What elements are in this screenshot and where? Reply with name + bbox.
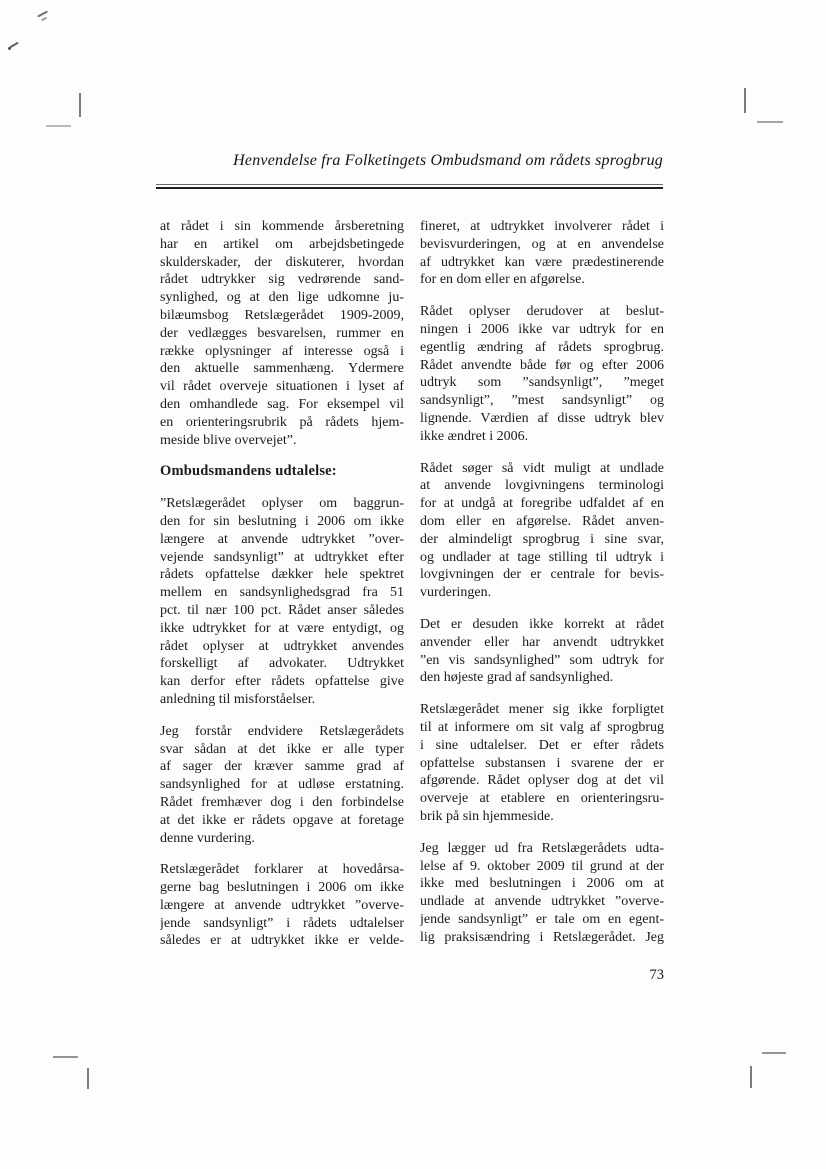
- text-line: rådets opfattelse dækker hele spektret: [160, 566, 404, 584]
- text-line: ikke med beslutningen i 2006 om at: [420, 875, 664, 893]
- crop-mark-bottom-right-vertical: [750, 1066, 752, 1088]
- text-line: Rådet søger så vidt muligt at undlade: [420, 460, 664, 478]
- left-paragraph-3: ”Retslægerådet oplyser om baggrun-den fo…: [160, 495, 404, 709]
- text-line: en orienteringsrubrik på rådets hjem-: [160, 414, 404, 432]
- header-rule: [156, 184, 663, 189]
- text-line: Det er desuden ikke korrekt at rådet: [420, 616, 664, 634]
- right-column: fineret, at udtrykket involverer rådet i…: [420, 218, 664, 960]
- text-line: brik på sin hjemmeside.: [420, 808, 664, 826]
- page-number: 73: [540, 967, 664, 984]
- text-line: Rådet oplyser derudover at beslut-: [420, 303, 664, 321]
- text-line: skulderskader, der diskuterer, hvordan: [160, 254, 404, 272]
- text-line: af sager der kræver samme grad af: [160, 758, 404, 776]
- crop-mark-top-left-vertical: [79, 93, 81, 117]
- text-line: ikke ændret i 2006.: [420, 428, 664, 446]
- header-rule-thin-line: [156, 184, 663, 185]
- text-line: den for sin beslutning i 2006 om ikke: [160, 513, 404, 531]
- header-rule-thick-line: [156, 187, 663, 189]
- text-line: egentlig ændring af rådets sprogbrug.: [420, 339, 664, 357]
- crop-mark-bottom-left-vertical: [87, 1068, 89, 1089]
- text-line: vejende sandsynligt” at udtrykket efter: [160, 549, 404, 567]
- text-line: lignende. Værdien af disse udtryk blev: [420, 410, 664, 428]
- text-line: at anvende lovgivningens terminologi: [420, 477, 664, 495]
- crop-mark-top-left-horizontal: [46, 125, 71, 127]
- text-line: udtryk som ”sandsynligt”, ”meget: [420, 374, 664, 392]
- text-line: fineret, at udtrykket involverer rådet i: [420, 218, 664, 236]
- text-line: der almindeligt sprogbrug i sine svar,: [420, 531, 664, 549]
- text-line: pct. til nær 100 pct. Rådet anser sålede…: [160, 602, 404, 620]
- text-line: svar sådan at det ikke er alle typer: [160, 741, 404, 759]
- text-line: den omhandlede sag. For eksempel vil: [160, 396, 404, 414]
- crop-mark-bottom-right-horizontal: [762, 1052, 786, 1054]
- text-line: lovgivningen der er centrale for bevis-: [420, 566, 664, 584]
- text-line: af udtrykket kan være prædestinerende: [420, 254, 664, 272]
- left-paragraph-1: at rådet i sin kommende årsberetninghar …: [160, 218, 404, 449]
- text-line: for at undgå at foregribe udfaldet af en: [420, 495, 664, 513]
- right-paragraph-6: Jeg lægger ud fra Retslægerådets udta-le…: [420, 840, 664, 947]
- text-line: synlighed, og at den lige udkomne ju-: [160, 289, 404, 307]
- right-paragraph-5: Retslægerådet mener sig ikke forpligtett…: [420, 701, 664, 826]
- text-line: for en dom eller en afgørelse.: [420, 271, 664, 289]
- text-line: ”en vis sandsynlighed” som udtryk for: [420, 652, 664, 670]
- text-line: dom eller en afgørelse. Rådet anven-: [420, 513, 664, 531]
- text-line: jende sandsynligt” er tale om en egent-: [420, 911, 664, 929]
- right-paragraph-1: fineret, at udtrykket involverer rådet i…: [420, 218, 664, 289]
- text-line: kan derfor efter rådets opfattelse give: [160, 673, 404, 691]
- text-line: gerne bag beslutningen i 2006 om ikke: [160, 879, 404, 897]
- text-line: anledning til misforståelser.: [160, 691, 404, 709]
- text-line: Rådet fremhæver dog i den forbindelse: [160, 794, 404, 812]
- text-line: den aktuelle sammenhæng. Ydermere: [160, 360, 404, 378]
- text-line: opfattelse substansen i svarene der er: [420, 755, 664, 773]
- text-line: lig praksisændring i Retslægerådet. Jeg: [420, 929, 664, 947]
- text-line: ningen i 2006 ikke var udtryk for en: [420, 321, 664, 339]
- text-line: Retslægerådet mener sig ikke forpligtet: [420, 701, 664, 719]
- crop-mark-top-right-vertical: [744, 88, 746, 113]
- text-line: der vedlægges besvarelsen, rummer en: [160, 325, 404, 343]
- text-line: har en artikel om arbejdsbetingede: [160, 236, 404, 254]
- text-line: sandsynlighed for at udløse erstatning.: [160, 776, 404, 794]
- running-header: Henvendelse fra Folketingets Ombudsmand …: [156, 152, 663, 170]
- text-line: afgørende. Rådet oplyser dog at det vil: [420, 772, 664, 790]
- text-line: Retslægerådet forklarer at hovedårsa-: [160, 861, 404, 879]
- text-line: forskelligt af advokater. Udtrykket: [160, 655, 404, 673]
- pencil-mark: [8, 47, 11, 50]
- text-line: undlade at anvende udtrykket ”overve-: [420, 893, 664, 911]
- crop-mark-bottom-left-horizontal: [53, 1056, 78, 1058]
- text-line: vurderingen.: [420, 584, 664, 602]
- text-line: i sine udtalelser. Det er efter rådets: [420, 737, 664, 755]
- text-line: bevisvurderingen, og at en anvendelse: [420, 236, 664, 254]
- text-line: Rådet anvendte både før og efter 2006: [420, 357, 664, 375]
- left-paragraph-5: Retslægerådet forklarer at hovedårsa-ger…: [160, 861, 404, 950]
- text-line: at rådet i sin kommende årsberetning: [160, 218, 404, 236]
- text-line: ”Retslægerådet oplyser om baggrun-: [160, 495, 404, 513]
- left-column: at rådet i sin kommende årsberetninghar …: [160, 218, 404, 964]
- crop-mark-top-right-horizontal: [757, 121, 783, 123]
- text-line: bilæumsbog Retslægerådet 1909-2009,: [160, 307, 404, 325]
- text-line: og undlader at tage stilling til udtryk …: [420, 549, 664, 567]
- text-line: længere at anvende udtrykket ”overve-: [160, 897, 404, 915]
- right-paragraph-4: Det er desuden ikke korrekt at rådetanve…: [420, 616, 664, 687]
- scanned-document-page: Henvendelse fra Folketingets Ombudsmand …: [0, 0, 826, 1169]
- text-line: række oplysninger af interesse også i: [160, 343, 404, 361]
- text-line: mellem en sandsynlighedsgrad fra 51: [160, 584, 404, 602]
- text-line: til at informere om sit valg af sprogbru…: [420, 719, 664, 737]
- text-line: vil rådet overveje situationen i lyset a…: [160, 378, 404, 396]
- text-line: at det ikke er rådets opgave at foretage: [160, 812, 404, 830]
- text-line: rådet oplyser at udtrykket anvendes: [160, 638, 404, 656]
- pencil-mark: [41, 17, 47, 21]
- text-line: længere at anvende udtrykket ”over-: [160, 531, 404, 549]
- text-line: anvender eller har anvendt udtrykket: [420, 634, 664, 652]
- text-line: lelse af 9. oktober 2009 til grund at de…: [420, 858, 664, 876]
- left-paragraph-4: Jeg forstår endvidere Retslægerådetssvar…: [160, 723, 404, 848]
- text-line: jende sandsynligt” i rådets udtalelser: [160, 915, 404, 933]
- section-heading: Ombudsmandens udtalelse:: [160, 463, 404, 481]
- text-line: rådet udtrykker sig vedrørende sand-: [160, 271, 404, 289]
- text-line: den højeste grad af sandsynlighed.: [420, 669, 664, 687]
- text-line: Jeg lægger ud fra Retslægerådets udta-: [420, 840, 664, 858]
- text-line: meside blive overvejet”.: [160, 432, 404, 450]
- text-line: overveje at etablere en orienteringsru-: [420, 790, 664, 808]
- text-line: Jeg forstår endvidere Retslægerådets: [160, 723, 404, 741]
- text-line: således er at udtrykket ikke er velde-: [160, 932, 404, 950]
- right-paragraph-3: Rådet søger så vidt muligt at undladeat …: [420, 460, 664, 602]
- text-line: denne vurdering.: [160, 830, 404, 848]
- text-line: sandsynligt”, ”mest sandsynligt” og: [420, 392, 664, 410]
- right-paragraph-2: Rådet oplyser derudover at beslut-ningen…: [420, 303, 664, 445]
- text-line: ikke udtrykket for at være entydigt, og: [160, 620, 404, 638]
